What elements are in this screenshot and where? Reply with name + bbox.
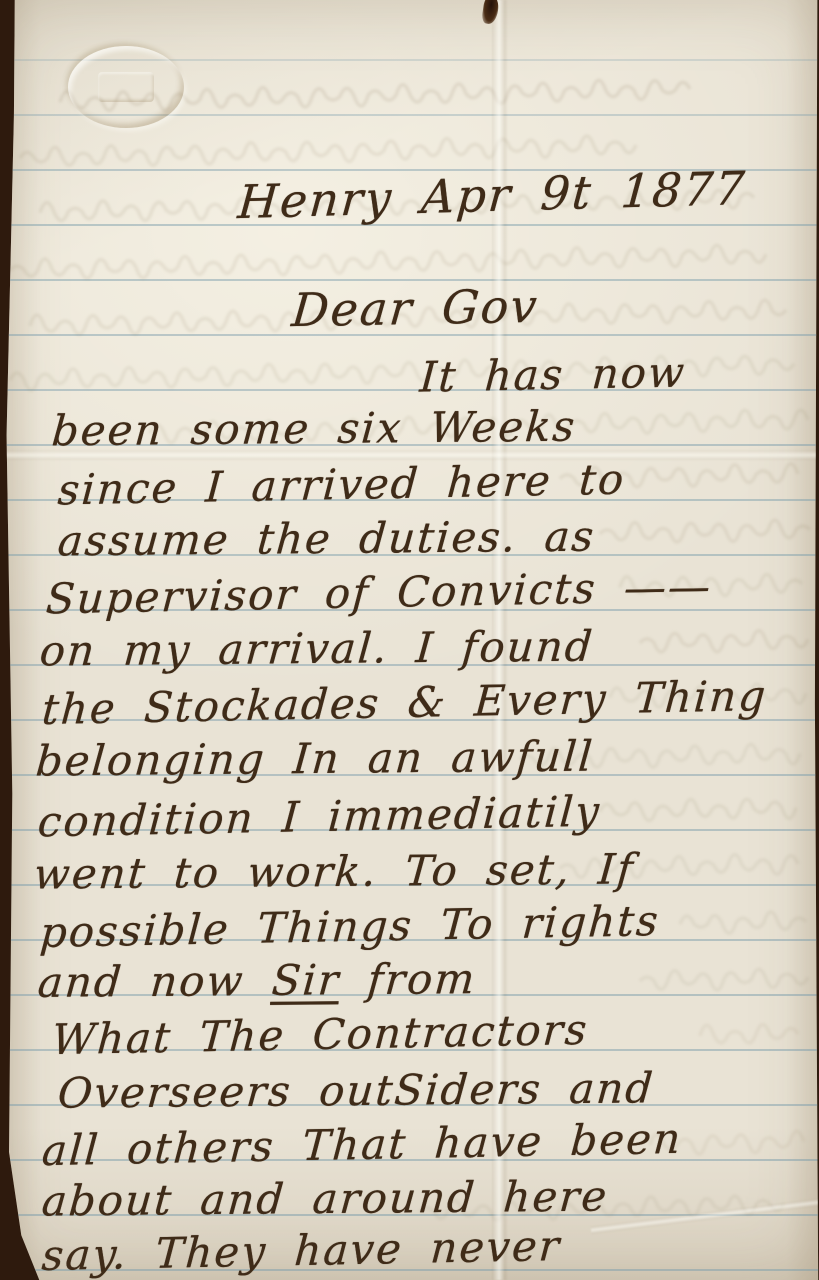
bleedthrough-stroke [10,244,766,281]
bleedthrough-stroke [640,968,808,992]
letter-line: What The Contractors [50,1005,590,1064]
letter-line: Overseers outSiders and [56,1063,656,1117]
letter-line: belonging In an awfull [34,732,596,786]
bleedthrough-stroke [600,519,810,544]
letter-line: went to work. To set, If [32,844,636,898]
letter-salutation: Dear Gov [290,279,541,337]
letter-line: assume the duties. as [56,512,597,566]
underlined-word: Sir [270,955,342,1005]
letter-line: and now Sir from [36,954,478,1007]
seal-crest [98,72,154,102]
bleedthrough-stroke [700,1023,798,1044]
letter-paper: Henry Apr 9t 1877 Dear Gov It has nowbee… [0,0,819,1280]
bleedthrough-stroke [680,911,806,934]
letter-line: about and around here [40,1172,610,1226]
bleedthrough-stroke [640,630,808,654]
bleedthrough-stroke [20,135,636,169]
letter-line: say. They have never [40,1221,562,1280]
bleedthrough-stroke [600,797,796,822]
embossed-seal-icon [68,46,184,128]
letter-line: been some six Weeks [50,402,578,456]
letter-line: on my arrival. I found [38,622,596,676]
letter-line: It has now [418,347,687,401]
